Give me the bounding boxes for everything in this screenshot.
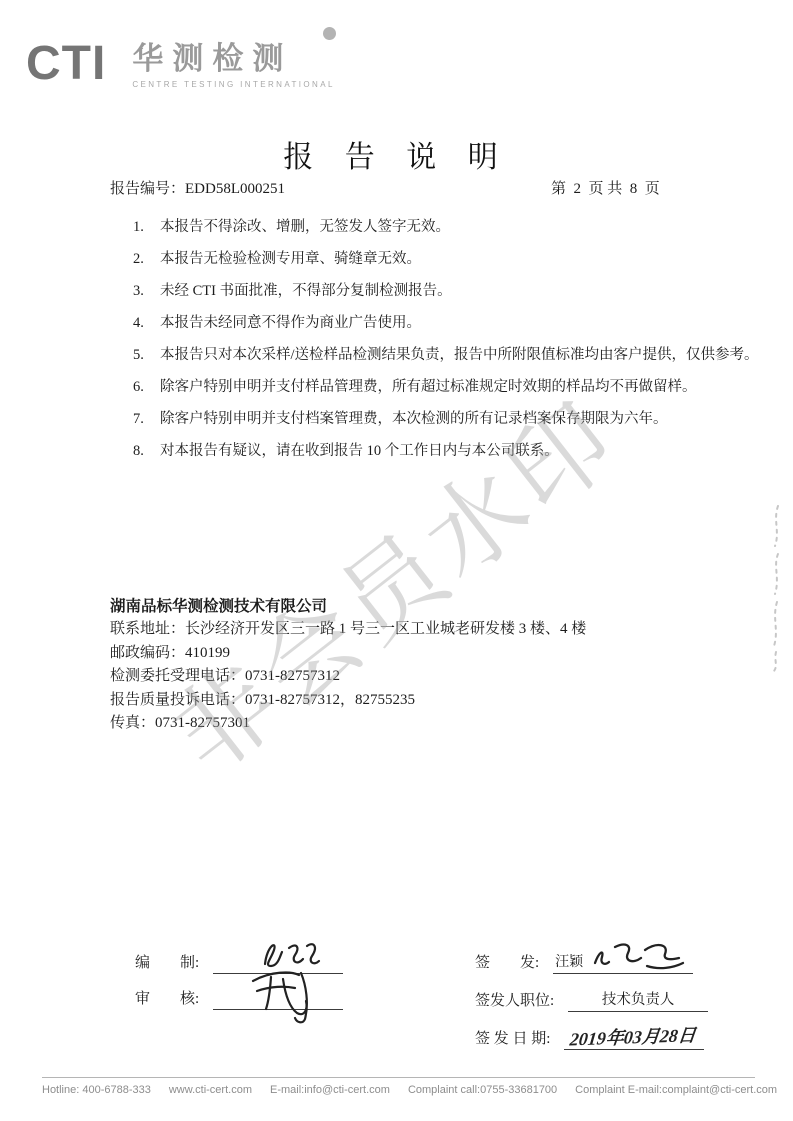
company-info-line: 检测委托受理电话：0731-82757312: [110, 665, 586, 688]
signature-section-right: 签 发: 汪颖 签发人职位: 技术负责人 签 发 日 期: 2019年03月28: [475, 938, 708, 1052]
note-item: 1. 本报告不得涂改、增删，无签发人签字无效。: [133, 218, 773, 237]
info-value: 0731-82757312，82755235: [245, 692, 415, 708]
info-label: 传真：: [110, 715, 155, 731]
note-item: 4. 本报告未经同意不得作为商业广告使用。: [133, 314, 773, 333]
note-number: 2.: [133, 250, 160, 269]
note-text: 除客户特别申明并支付样品管理费，所有超过标准规定时效期的样品均不再做留样。: [160, 378, 697, 397]
note-text: 本报告只对本次采样/送检样品检测结果负责，报告中所附限值标准均由客户提供，仅供参…: [160, 346, 759, 365]
company-info-line: 联系地址：长沙经济开发区三一路 1 号三一区工业城老研发楼 3 楼、4 楼: [110, 618, 586, 641]
note-text: 未经 CTI 书面批准，不得部分复制检测报告。: [160, 282, 452, 301]
note-number: 4.: [133, 314, 160, 333]
company-info-line: 报告质量投诉电话：0731-82757312，82755235: [110, 689, 586, 712]
note-item: 6. 除客户特别申明并支付样品管理费，所有超过标准规定时效期的样品均不再做留样。: [133, 378, 773, 397]
note-item: 7. 除客户特别申明并支付档案管理费，本次检测的所有记录档案保存期限为六年。: [133, 410, 773, 429]
footer-hotline: Hotline: 400-6788-333: [42, 1084, 151, 1096]
note-number: 7.: [133, 410, 160, 429]
note-text: 本报告无检验检测专用章、骑缝章无效。: [160, 250, 421, 269]
handwritten-signature-issuer: [587, 935, 691, 977]
company-info-line: 邮政编码：410199: [110, 642, 586, 665]
note-item: 8. 对本报告有疑议，请在收到报告 10 个工作日内与本公司联系。: [133, 442, 773, 461]
issuer-position-row: 签发人职位: 技术负责人: [475, 976, 708, 1012]
info-label: 联系地址：: [110, 621, 185, 637]
note-text: 对本报告有疑议，请在收到报告 10 个工作日内与本公司联系。: [160, 442, 559, 461]
page-indicator: 第 2 页 共 8 页: [551, 177, 660, 198]
issued-by-row: 签 发: 汪颖: [475, 938, 708, 974]
info-value: 0731-82757301: [155, 715, 250, 731]
signature-line: 2019年03月28日: [564, 1014, 704, 1050]
reviewed-by-row: 审 核:: [135, 976, 343, 1010]
issued-label: 签 发:: [475, 951, 539, 974]
note-number: 8.: [133, 442, 160, 461]
info-value: 410199: [185, 645, 230, 661]
issue-date-row: 签 发 日 期: 2019年03月28日: [475, 1014, 708, 1050]
info-label: 邮政编码：: [110, 645, 185, 661]
signature-line: 技术负责人: [568, 976, 708, 1012]
prepared-by-row: 编 制:: [135, 940, 343, 974]
issuer-position-value: 技术负责人: [568, 988, 708, 1009]
signature-line: [213, 976, 343, 1010]
report-number-label: 报告编号：: [110, 181, 185, 197]
signature-section-left: 编 制: 审 核:: [135, 940, 343, 1012]
note-text: 本报告不得涂改、增删，无签发人签字无效。: [160, 218, 450, 237]
note-number: 1.: [133, 218, 160, 237]
company-info: 湖南品标华测检测技术有限公司 联系地址：长沙经济开发区三一路 1 号三一区工业城…: [110, 595, 586, 735]
cti-logo: CTI 华测检测 CENTRE TESTING INTERNATIONAL: [26, 30, 335, 89]
logo-acronym: CTI: [26, 30, 106, 88]
logo-text-group: 华测检测 CENTRE TESTING INTERNATIONAL: [132, 30, 334, 89]
signature-line: 汪颖: [553, 938, 693, 974]
logo-i-dot-icon: [323, 27, 336, 40]
note-item: 2. 本报告无检验检测专用章、骑缝章无效。: [133, 250, 773, 269]
report-page: CTI 华测检测 CENTRE TESTING INTERNATIONAL 报 …: [0, 0, 793, 1121]
info-value: 长沙经济开发区三一路 1 号三一区工业城老研发楼 3 楼、4 楼: [185, 621, 586, 637]
report-number-value: EDD58L000251: [185, 181, 285, 197]
info-value: 0731-82757312: [245, 668, 340, 684]
logo-tagline: CENTRE TESTING INTERNATIONAL: [132, 80, 334, 89]
footer: Hotline: 400-6788-333 www.cti-cert.com E…: [42, 1077, 755, 1096]
note-text: 除客户特别申明并支付档案管理费，本次检测的所有记录档案保存期限为六年。: [160, 410, 668, 429]
footer-complaint-call: Complaint call:0755-33681700: [408, 1084, 557, 1096]
prepared-label: 编 制:: [135, 951, 199, 974]
page-title: 报 告 说 明: [0, 132, 793, 176]
footer-complaint-email: Complaint E-mail:complaint@cti-cert.com: [575, 1084, 777, 1096]
issued-name-typed: 汪颖: [555, 951, 583, 971]
handwritten-signature-preparer: [251, 934, 331, 976]
issue-date-label: 签 发 日 期:: [475, 1027, 550, 1050]
footer-email: E-mail:info@cti-cert.com: [270, 1084, 390, 1096]
note-text: 本报告未经同意不得作为商业广告使用。: [160, 314, 421, 333]
reviewed-label: 审 核:: [135, 987, 199, 1010]
info-label: 检测委托受理电话：: [110, 668, 245, 684]
info-label: 报告质量投诉电话：: [110, 692, 245, 708]
footer-website: www.cti-cert.com: [169, 1084, 252, 1096]
report-number-row: 报告编号：EDD58L000251: [110, 177, 285, 198]
company-info-line: 传真：0731-82757301: [110, 712, 586, 735]
note-number: 5.: [133, 346, 160, 365]
logo-chinese-name: 华测检测: [132, 42, 334, 76]
handwritten-date: 2019年03月28日: [569, 1021, 712, 1052]
company-name: 湖南品标华测检测技术有限公司: [110, 595, 586, 618]
note-item: 3. 未经 CTI 书面批准，不得部分复制检测报告。: [133, 282, 773, 301]
note-number: 6.: [133, 378, 160, 397]
signature-line: [213, 940, 343, 974]
notes-list: 1. 本报告不得涂改、增删，无签发人签字无效。 2. 本报告无检验检测专用章、骑…: [133, 218, 773, 474]
issuer-position-label: 签发人职位:: [475, 989, 554, 1012]
margin-scribble: [765, 500, 787, 675]
note-item: 5. 本报告只对本次采样/送检样品检测结果负责，报告中所附限值标准均由客户提供，…: [133, 346, 773, 365]
note-number: 3.: [133, 282, 160, 301]
